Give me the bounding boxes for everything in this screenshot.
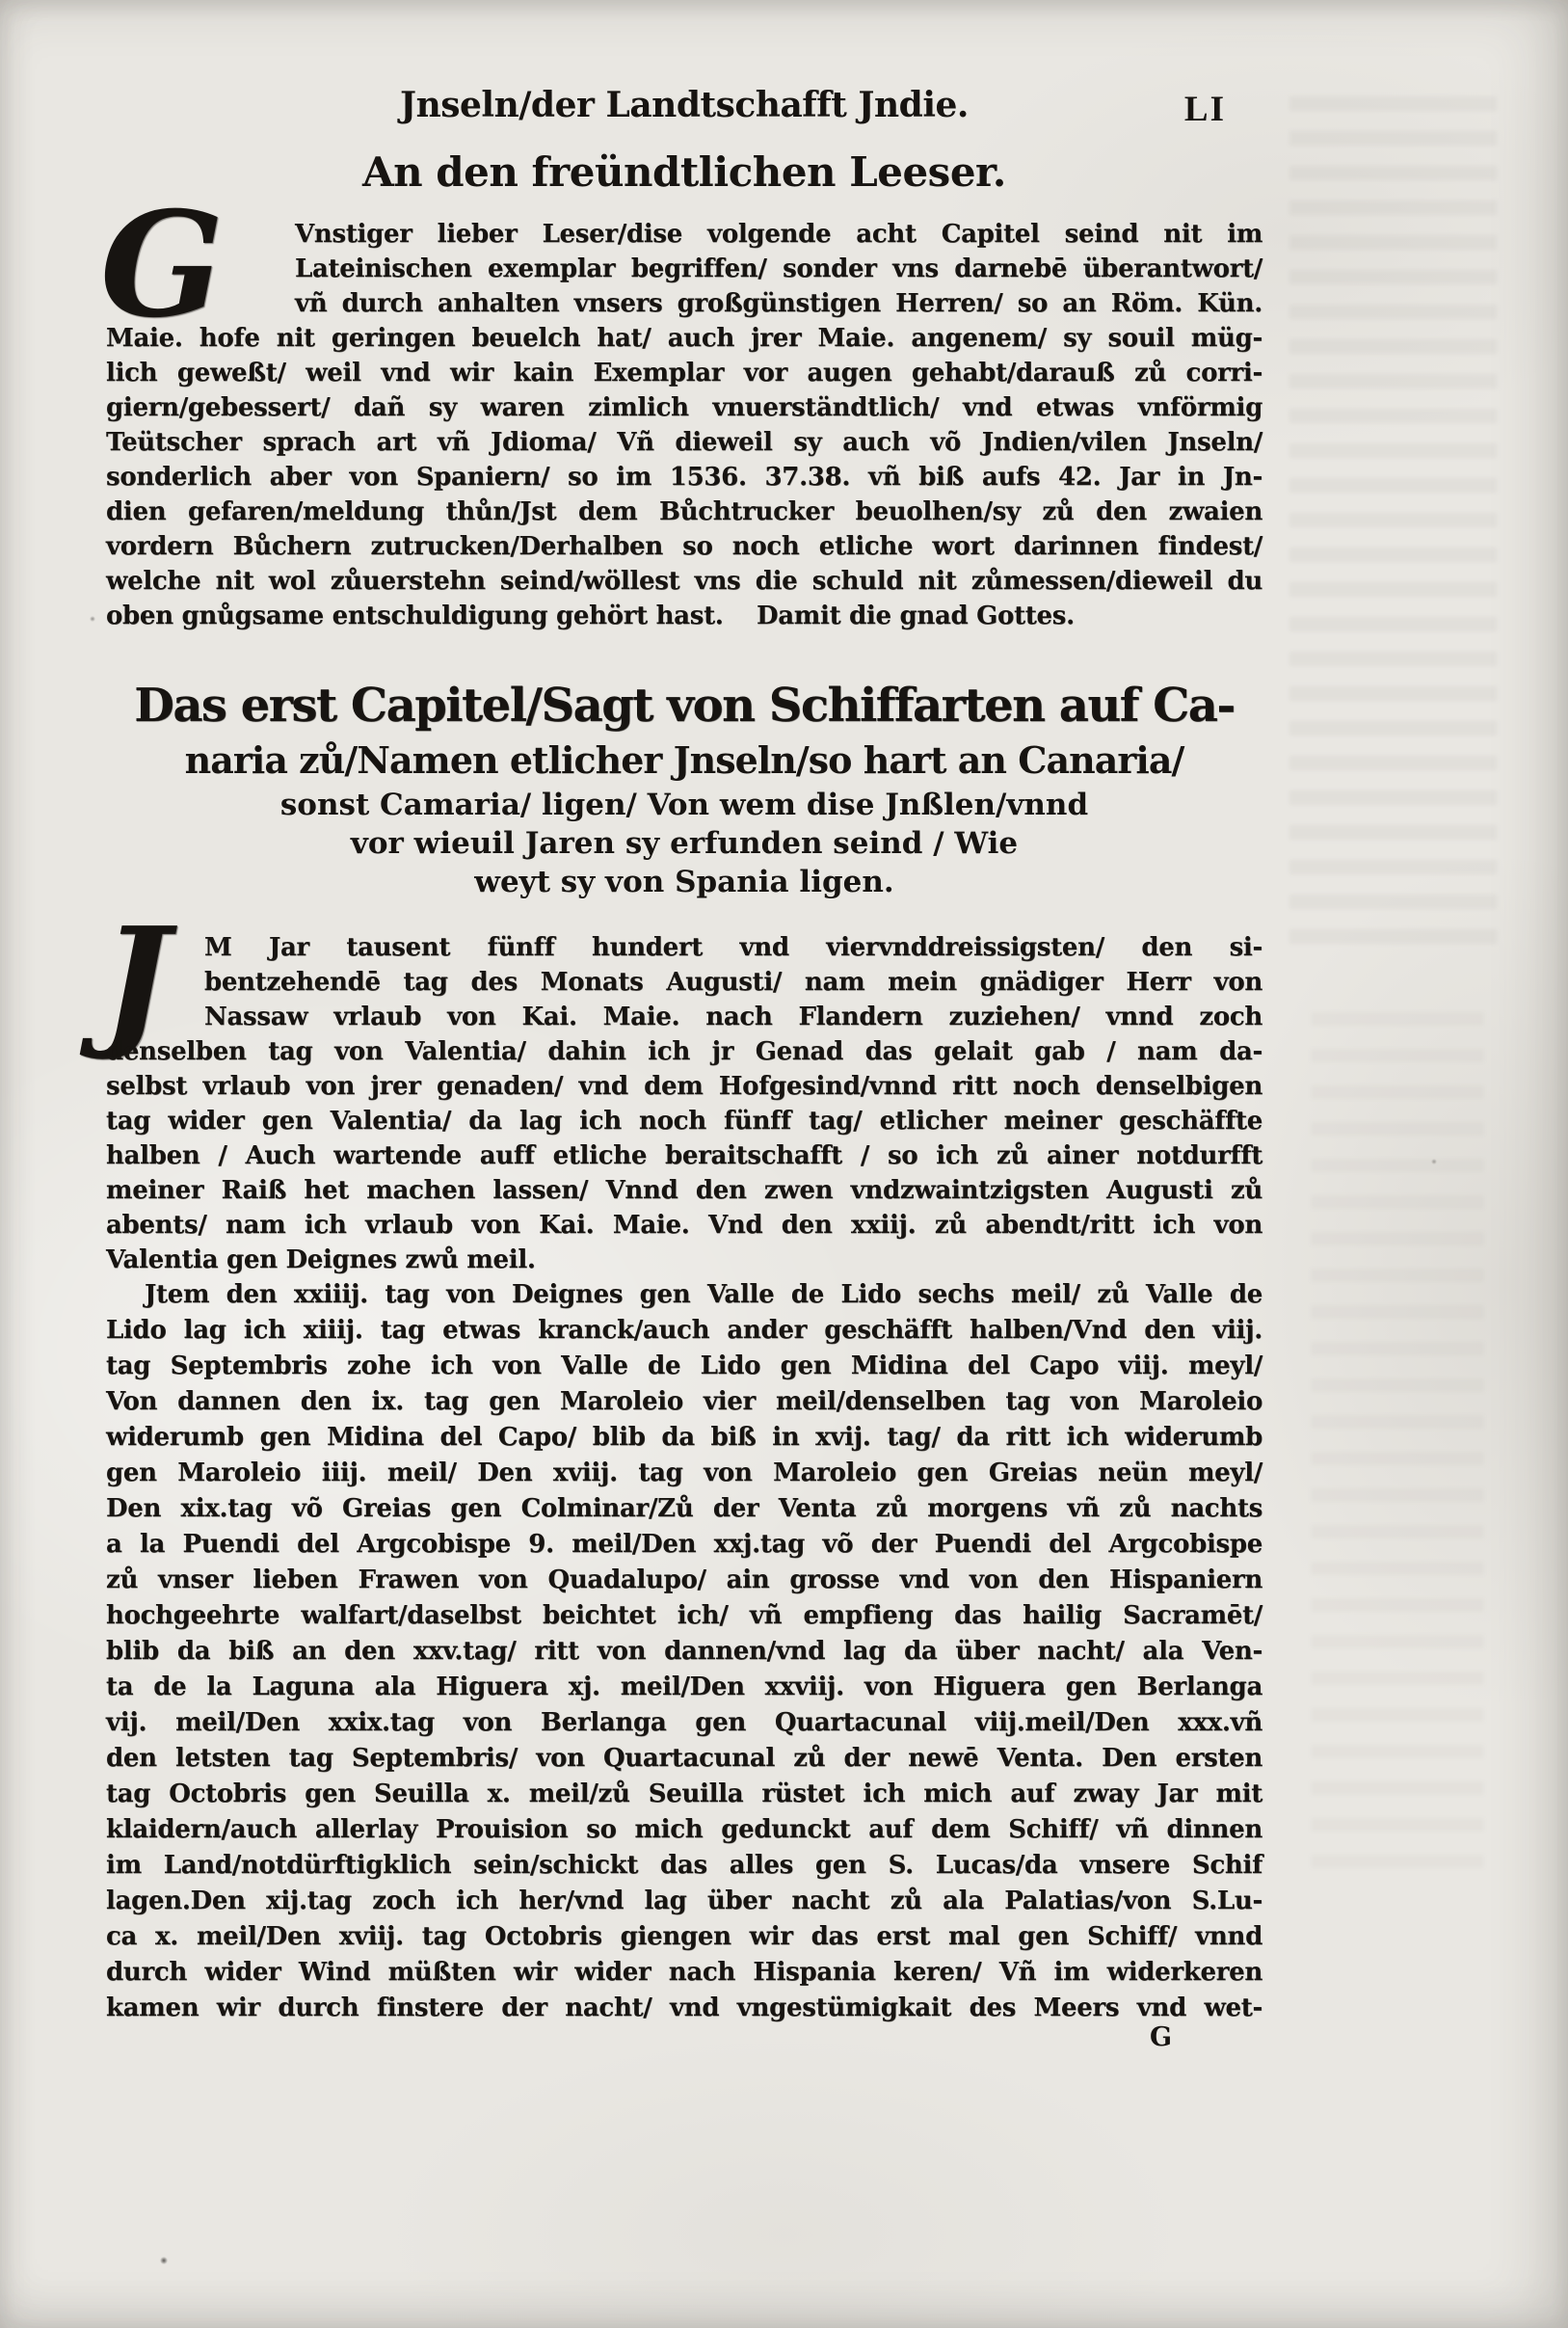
text-line: Maie. hofe nit geringen beuelch hat/ auc… xyxy=(106,321,1262,356)
text-line: abents/ nam ich vrlaub von Kai. Maie. Vn… xyxy=(106,1208,1262,1243)
text-line: widerumb gen Midina del Capo/ blib da bi… xyxy=(106,1420,1262,1456)
showthrough-texture xyxy=(1311,1012,1484,1880)
text-line: Teütscher sprach art vñ Jdioma/ Vñ diewe… xyxy=(106,425,1262,460)
text-line: Von dannen den ix. tag gen Maroleio vier… xyxy=(106,1384,1262,1420)
text-line: bentzehendē tag des Monats Augusti/ nam … xyxy=(106,965,1262,1000)
text-line: ca x. meil/Den xviij. tag Octobris gieng… xyxy=(106,1919,1262,1955)
text-line: lagen.Den xij.tag zoch ich her/vnd lag ü… xyxy=(106,1884,1262,1919)
chapter-heading-line: Das erst Capitel/Sagt von Schiffarten au… xyxy=(106,676,1262,736)
text-line: zů vnser lieben Frawen von Quadalupo/ ai… xyxy=(106,1563,1262,1598)
text-line: gen Maroleio iiij. meil/ Den xviij. tag … xyxy=(106,1456,1262,1491)
text-line: selbst vrlaub von jrer genaden/ vnd dem … xyxy=(106,1069,1262,1104)
page-header: Jnseln/der Landtschafft Jndie. LI xyxy=(106,85,1262,133)
text-line: sonderlich aber von Spaniern/ so im 1536… xyxy=(106,460,1262,495)
text-line: denselben tag von Valentia/ dahin ich jr… xyxy=(106,1034,1262,1069)
text-line: dien gefaren/meldung thůn/Jst dem Bůchtr… xyxy=(106,495,1262,529)
itinerary-paragraph: Jtem den xxiiij. tag von Deignes gen Val… xyxy=(106,1277,1262,2026)
text-line: giern/gebessert/ dañ sy waren zimlich vn… xyxy=(106,390,1262,425)
chapter-heading-line: sonst Camaria/ ligen/ Von wem dise Jnßle… xyxy=(106,786,1262,824)
text-line: Jtem den xxiiij. tag von Deignes gen Val… xyxy=(106,1277,1262,1313)
text-line: Lido lag ich xiiij. tag etwas kranck/auc… xyxy=(106,1313,1262,1349)
text-line: oben gnůgsame entschuldigung gehört hast… xyxy=(106,599,1262,633)
text-line: vij. meil/Den xxix.tag von Berlanga gen … xyxy=(106,1705,1262,1741)
quire-signature-mark: G xyxy=(1150,2022,1172,2052)
text-line: meiner Raiß het machen lassen/ Vnnd den … xyxy=(106,1173,1262,1208)
chapter-heading-line: weyt sy von Spania ligen. xyxy=(106,863,1262,901)
chapter-heading-line: naria zů/Namen etlicher Jnseln/so hart a… xyxy=(106,736,1262,786)
text-line: Valentia gen Deignes zwů meil. xyxy=(106,1243,1262,1277)
text-line: blib da biß an den xxv.tag/ ritt von dan… xyxy=(106,1634,1262,1670)
text-line: M Jar tausent fünff hundert vnd viervndd… xyxy=(106,930,1262,965)
running-title: Jnseln/der Landtschafft Jndie. xyxy=(106,85,1262,125)
text-line: lich geweßt/ weil vnd wir kain Exemplar … xyxy=(106,356,1262,390)
text-line: vordern Bůchern zutrucken/Derhalben so n… xyxy=(106,529,1262,564)
text-line: den letsten tag Septembris/ von Quartacu… xyxy=(106,1741,1262,1777)
text-line: im Land/notdürftigklich sein/schickt das… xyxy=(106,1848,1262,1884)
section-title: An den freündtlichen Leeser. xyxy=(106,148,1262,196)
text-line: welche nit wol zůuerstehn seind/wöllest … xyxy=(106,564,1262,599)
text-line: ta de la Laguna ala Higuera xj. meil/Den… xyxy=(106,1670,1262,1705)
voyage-paragraph: J M Jar tausent fünff hundert vnd viervn… xyxy=(106,930,1262,1277)
text-line: klaidern/auch allerlay Prouision so mich… xyxy=(106,1812,1262,1848)
text-line: kamen wir durch finstere der nacht/ vnd … xyxy=(106,1991,1262,2026)
text-line: tag Septembris zohe ich von Valle de Lid… xyxy=(106,1349,1262,1384)
text-line: a la Puendi del Argcobispe 9. meil/Den x… xyxy=(106,1527,1262,1563)
text-line: tag wider gen Valentia/ da lag ich noch … xyxy=(106,1104,1262,1138)
book-page: Jnseln/der Landtschafft Jndie. LI An den… xyxy=(0,0,1568,2328)
page-number: LI xyxy=(1184,89,1226,130)
drop-cap-initial-j: J xyxy=(106,930,204,1034)
text-block: Jnseln/der Landtschafft Jndie. LI An den… xyxy=(106,85,1262,2026)
text-line: Den xix.tag võ Greias gen Colminar/Zů de… xyxy=(106,1491,1262,1527)
preface-paragraph: G Vnstiger lieber Leser/dise volgende ac… xyxy=(106,217,1262,633)
text-line: halben / Auch wartende auff etliche bera… xyxy=(106,1138,1262,1173)
chapter-heading-line: vor wieuil Jaren sy erfunden seind / Wie xyxy=(106,824,1262,863)
chapter-heading: Das erst Capitel/Sagt von Schiffarten au… xyxy=(106,676,1262,901)
text-line: hochgeehrte walfart/daselbst beichtet ic… xyxy=(106,1598,1262,1634)
showthrough-texture xyxy=(1289,96,1497,945)
drop-cap-initial-g: G xyxy=(106,217,295,321)
text-line: durch wider Wind müßten wir wider nach H… xyxy=(106,1955,1262,1991)
text-line: Nassaw vrlaub von Kai. Maie. nach Flande… xyxy=(106,1000,1262,1034)
text-line: tag Octobris gen Seuilla x. meil/zů Seui… xyxy=(106,1777,1262,1812)
